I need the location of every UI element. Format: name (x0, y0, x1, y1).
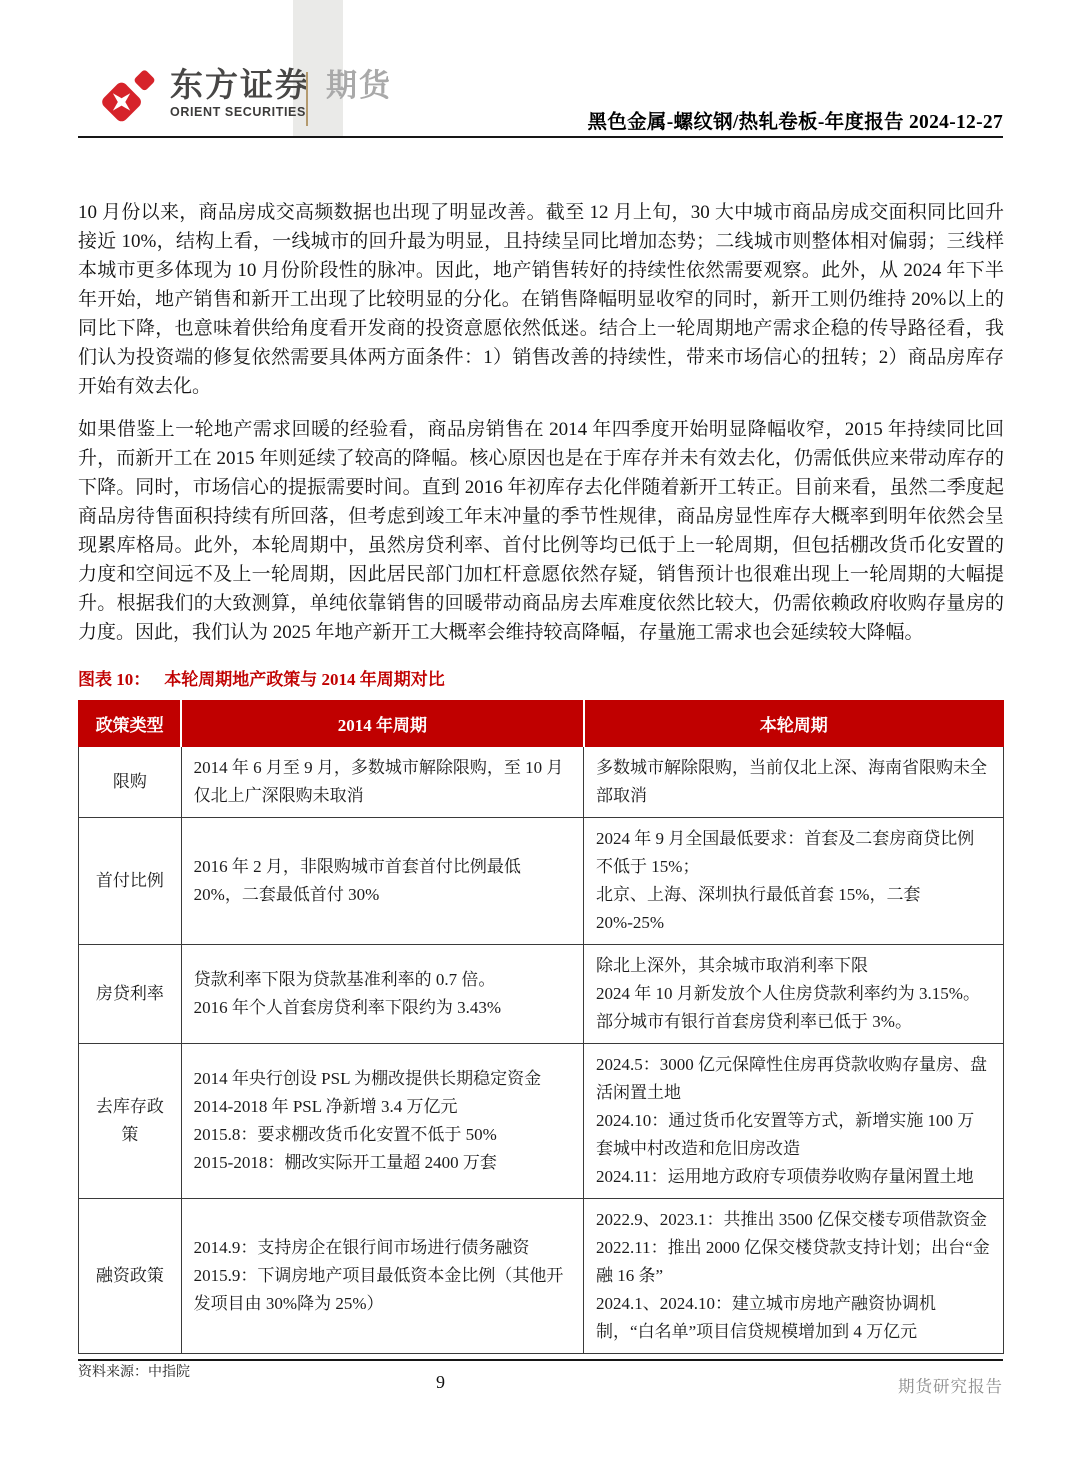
page-content: 10 月份以来，商品房成交高频数据也出现了明显改善。截至 12 月上旬，30 大… (78, 198, 1004, 1381)
brand-text: 东方证券 ORIENT SECURITIES (170, 62, 310, 119)
report-page: 东方证券 ORIENT SECURITIES 期货 黑色金属-螺纹钢/热轧卷板-… (0, 0, 1080, 1466)
row-header-financing-policy: 融资政策 (79, 1199, 182, 1354)
orient-securities-logo-icon (98, 62, 160, 132)
table-row: 融资政策 2014.9：支持房企在银行间市场进行债务融资 2015.9：下调房地… (79, 1199, 1004, 1354)
row-header-destocking-policy: 去库存政策 (79, 1044, 182, 1199)
policy-comparison-table: 政策类型 2014 年周期 本轮周期 限购 2014 年 6 月至 9 月，多数… (78, 700, 1004, 1354)
column-header-policy-type: 政策类型 (79, 701, 182, 747)
table-header-row: 政策类型 2014 年周期 本轮周期 (79, 701, 1004, 747)
report-type-label: 期货研究报告 (898, 1373, 1003, 1397)
row-header-downpayment-ratio: 首付比例 (79, 818, 182, 945)
cell-current: 除北上深外，其余城市取消利率下限 2024 年 10 月新发放个人住房贷款利率约… (584, 945, 1004, 1044)
row-header-purchase-restriction: 限购 (79, 747, 182, 818)
paragraph-1: 10 月份以来，商品房成交高频数据也出现了明显改善。截至 12 月上旬，30 大… (78, 198, 1004, 401)
figure-label: 图表 10： (78, 670, 150, 689)
paragraph-2: 如果借鉴上一轮地产需求回暖的经验看，商品房销售在 2014 年四季度开始明显降幅… (78, 415, 1004, 647)
table-row: 房贷利率 贷款利率下限为贷款基准利率的 0.7 倍。 2016 年个人首套房贷利… (79, 945, 1004, 1044)
cell-2014: 2016 年 2 月，非限购城市首套首付比例最低 20%，二套最低首付 30% (181, 818, 583, 945)
cell-current: 多数城市解除限购，当前仅北上深、海南省限购未全部取消 (584, 747, 1004, 818)
table-row: 去库存政策 2014 年央行创设 PSL 为棚改提供长期稳定资金 2014-20… (79, 1044, 1004, 1199)
document-title: 黑色金属-螺纹钢/热轧卷板-年度报告 2024-12-27 (588, 106, 1003, 134)
row-header-mortgage-rate: 房贷利率 (79, 945, 182, 1044)
orient-securities-logo: 东方证券 ORIENT SECURITIES (98, 62, 310, 132)
table-row: 首付比例 2016 年 2 月，非限购城市首套首付比例最低 20%，二套最低首付… (79, 818, 1004, 945)
brand-divider (306, 72, 308, 126)
header-rule (78, 136, 1003, 138)
cell-current: 2024.5：3000 亿元保障性住房再贷款收购存量房、盘活闲置土地 2024.… (584, 1044, 1004, 1199)
figure-title-text: 本轮周期地产政策与 2014 年周期对比 (164, 670, 445, 689)
cell-current: 2024 年 9 月全国最低要求：首套及二套房商贷比例不低于 15%； 北京、上… (584, 818, 1004, 945)
brand-name-en: ORIENT SECURITIES (170, 106, 310, 119)
cell-2014: 2014 年 6 月至 9 月，多数城市解除限购，至 10 月仅北上广深限购未取… (181, 747, 583, 818)
footer-rule (78, 1359, 1003, 1361)
cell-2014: 2014 年央行创设 PSL 为棚改提供长期稳定资金 2014-2018 年 P… (181, 1044, 583, 1199)
column-header-current-cycle: 本轮周期 (584, 701, 1004, 747)
table-row: 限购 2014 年 6 月至 9 月，多数城市解除限购，至 10 月仅北上广深限… (79, 747, 1004, 818)
cell-2014: 贷款利率下限为贷款基准利率的 0.7 倍。 2016 年个人首套房贷利率下限约为… (181, 945, 583, 1044)
column-header-2014-cycle: 2014 年周期 (181, 701, 583, 747)
cell-2014: 2014.9：支持房企在银行间市场进行债务融资 2015.9：下调房地产项目最低… (181, 1199, 583, 1354)
figure-title: 图表 10：本轮周期地产政策与 2014 年周期对比 (78, 665, 1004, 690)
cell-current: 2022.9、2023.1：共推出 3500 亿保交楼专项借款资金 2022.1… (584, 1199, 1004, 1354)
brand-name-cn: 东方证券 (170, 68, 310, 101)
brand-division-label: 期货 (326, 70, 392, 101)
page-number: 9 (436, 1372, 445, 1393)
data-source-note: 资料来源：中指院 (78, 1361, 1004, 1381)
